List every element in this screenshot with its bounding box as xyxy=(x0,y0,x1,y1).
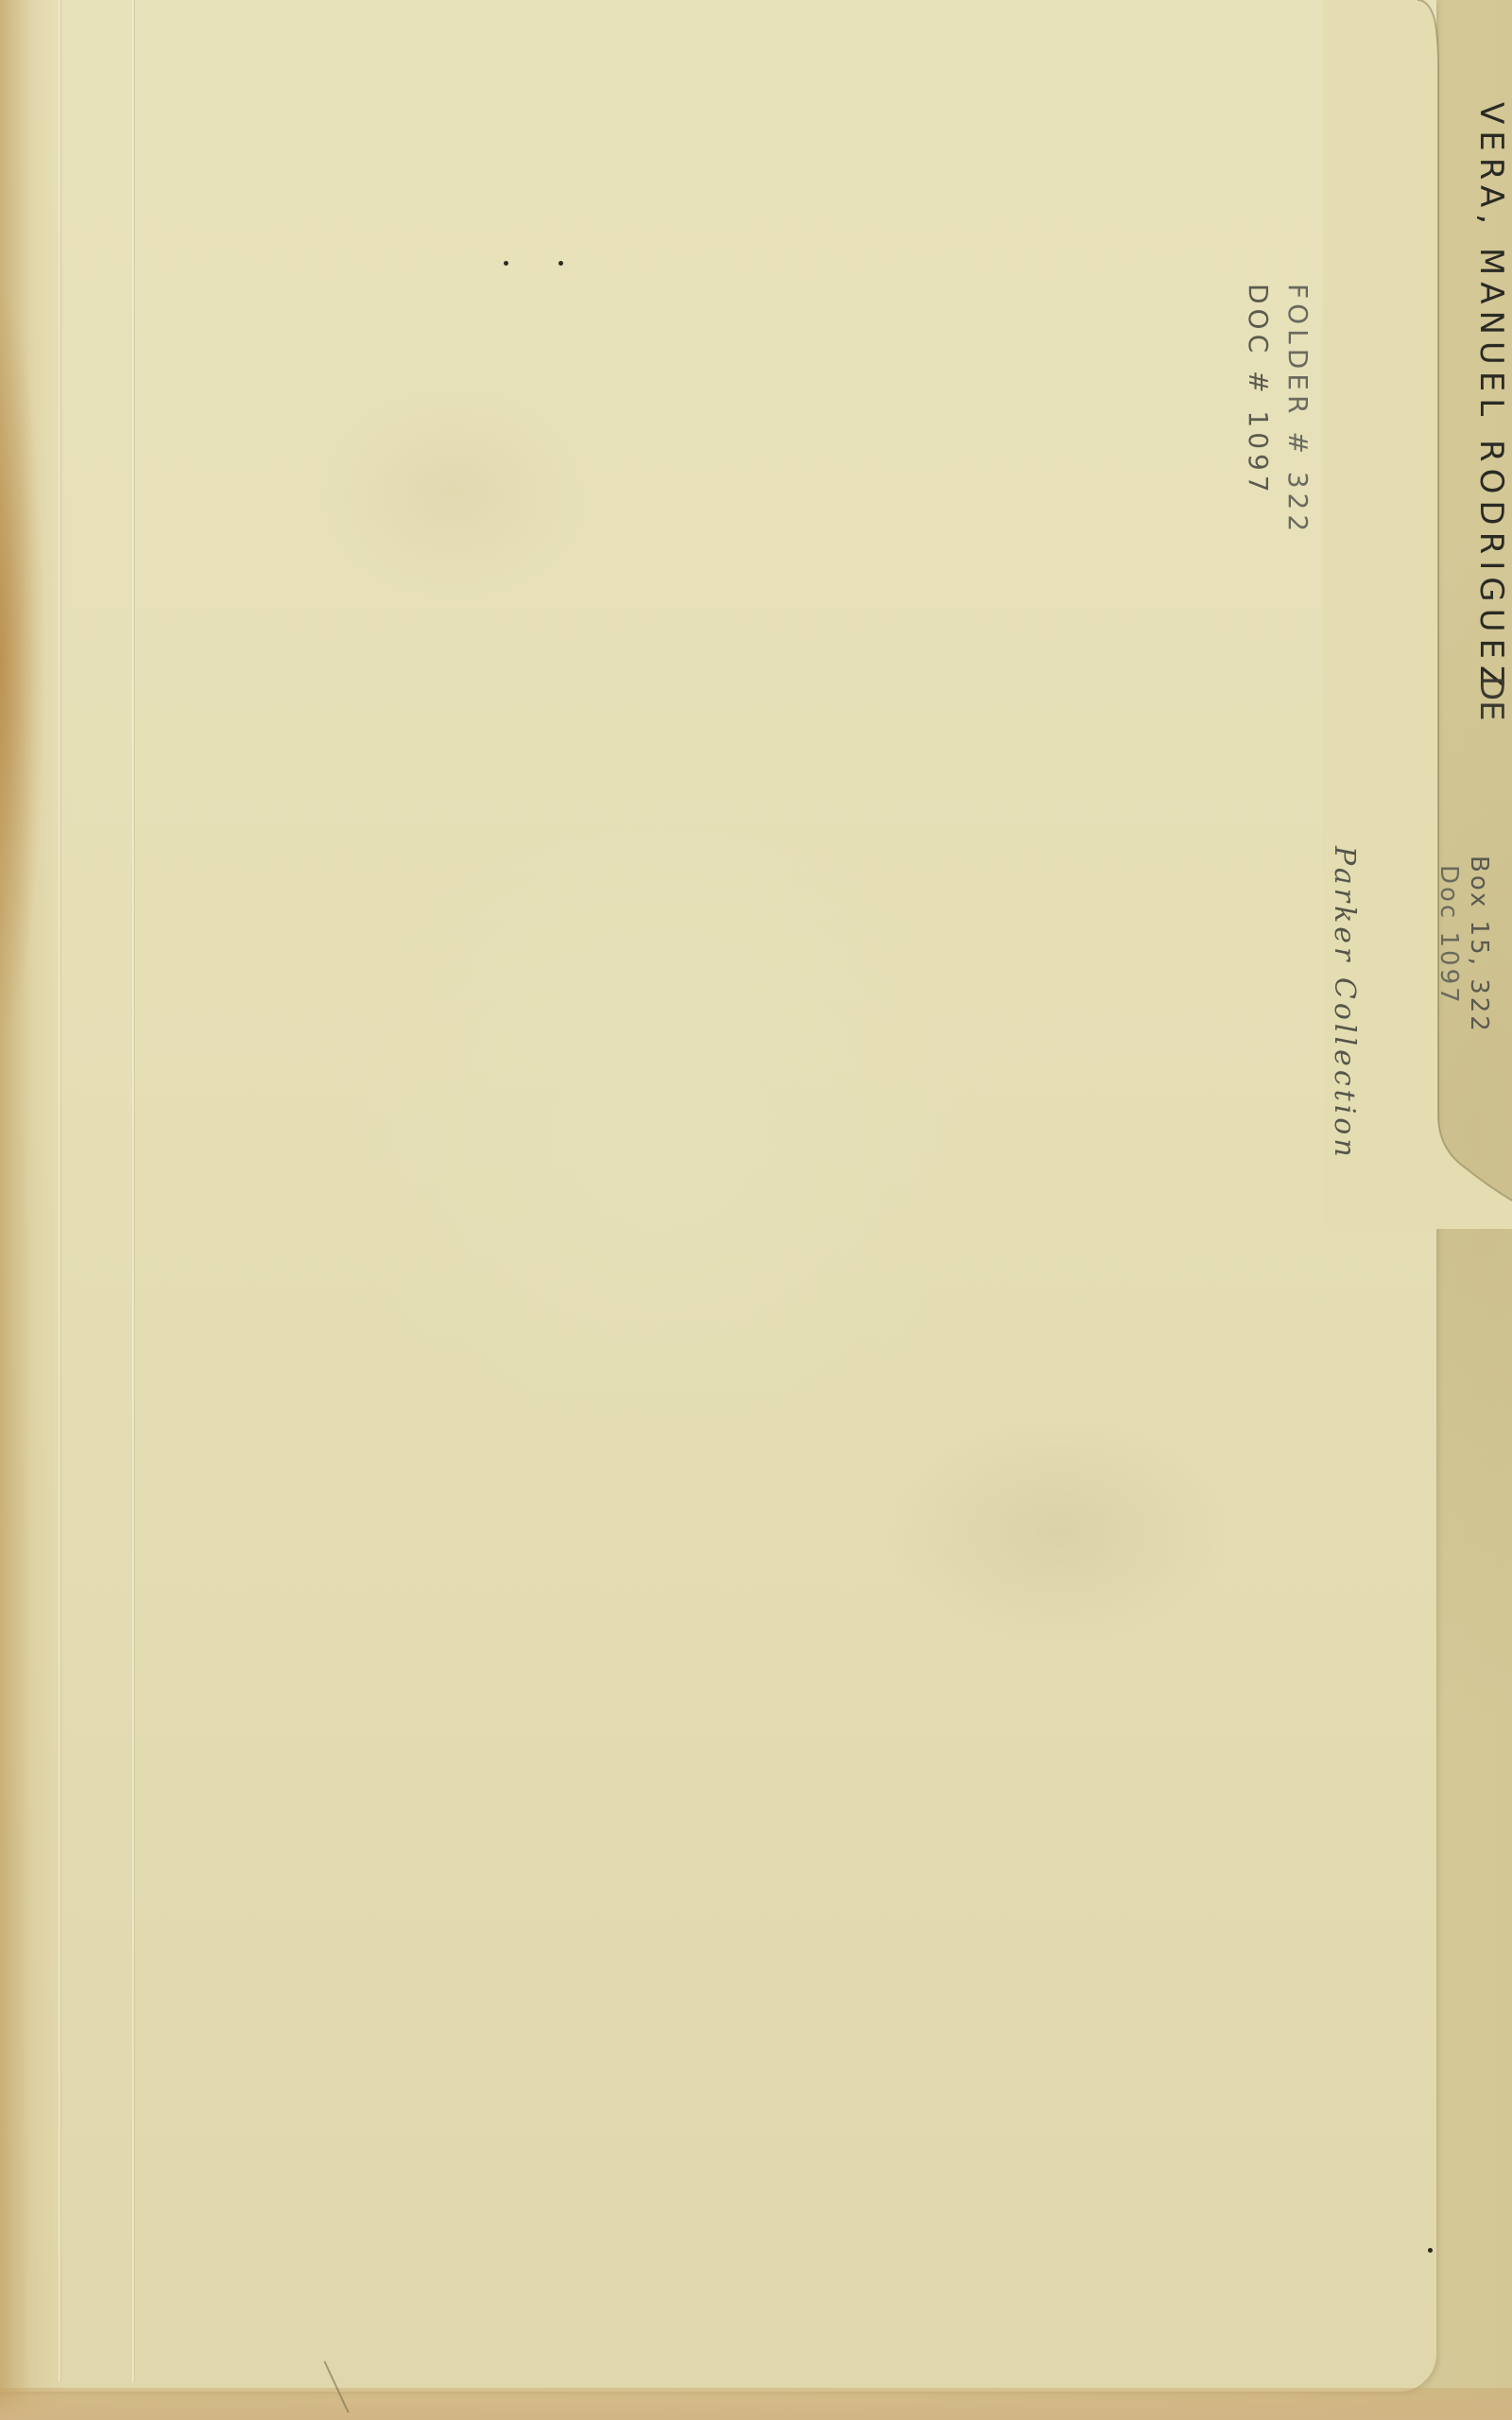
tab-name-suffix: DE xyxy=(1472,676,1510,721)
tab-name-label: VERA, MANUEL RODRIGUEZ xyxy=(1472,102,1510,694)
folder-number-label: FOLDER # 322 xyxy=(1282,284,1314,536)
tab-doc-label: Doc 1097 xyxy=(1435,865,1463,1006)
fold-score-line xyxy=(59,0,61,2382)
binding-edge-stain xyxy=(0,0,66,2420)
doc-number-label: DOC # 1097 xyxy=(1243,284,1274,497)
collection-label: Parker Collection xyxy=(1328,846,1361,1161)
fold-score-line xyxy=(132,0,135,2382)
ink-speck xyxy=(1428,2248,1433,2253)
tab-box-label: Box 15, 322 xyxy=(1465,856,1493,1034)
ink-speck xyxy=(504,261,508,266)
folder-front-panel xyxy=(0,0,1436,2392)
folder-bottom-edge xyxy=(0,2388,1512,2420)
ink-speck xyxy=(558,261,563,266)
